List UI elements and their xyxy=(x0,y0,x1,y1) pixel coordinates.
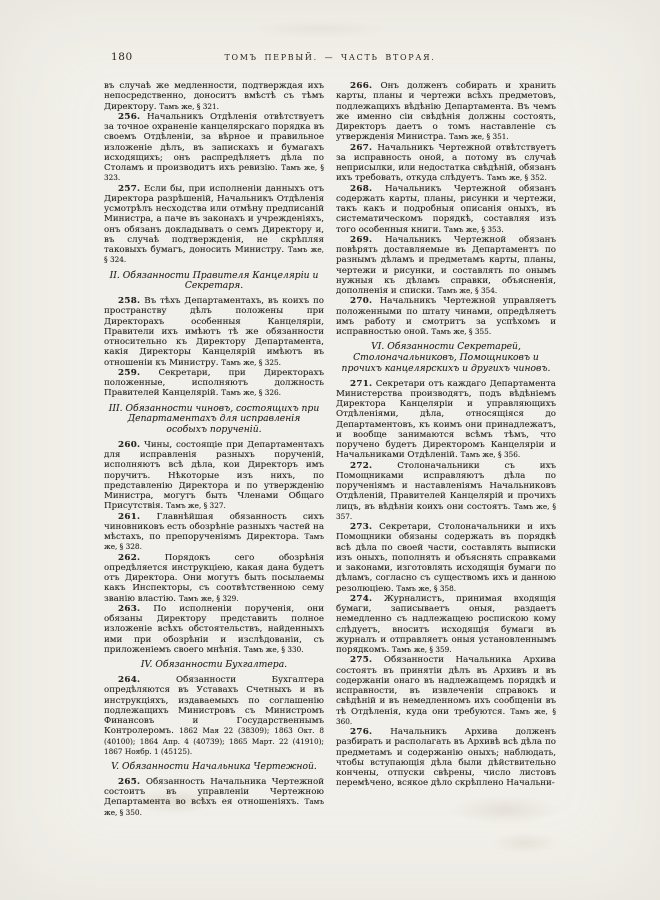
article-paragraph: 271. Секретари отъ каждаго Департамента … xyxy=(336,379,556,461)
section-heading: IV. Обязанности Бухгалтера. xyxy=(106,660,322,671)
source-reference: Тамъ же, § 330. xyxy=(244,645,304,654)
article-paragraph: 276. Начальникъ Архива долженъ разбирать… xyxy=(336,727,556,789)
source-reference: Тамъ же, § 327. xyxy=(166,501,226,510)
article-text: Онъ долженъ собирать и хранить карты, пл… xyxy=(336,81,556,142)
article-number: 258. xyxy=(118,296,140,306)
article-number: 267. xyxy=(350,143,372,153)
article-paragraph: въ случаѣ же медленности, подтверждая их… xyxy=(104,81,324,112)
source-reference: Тамъ же, § 353. xyxy=(444,225,504,234)
article-paragraph: 275. Обязанности Начальника Архива состо… xyxy=(336,655,556,727)
article-paragraph: 267. Начальникъ Чертежной отвѣтствуетъ з… xyxy=(336,143,556,184)
article-number: 265. xyxy=(118,777,140,787)
article-paragraph: 261. Главнѣйшая обязанность сихъ чиновни… xyxy=(104,512,324,553)
article-paragraph: 273. Секретари, Столоначальники и ихъ По… xyxy=(336,522,556,594)
left-column: въ случаѣ же медленности, подтверждая их… xyxy=(104,81,324,818)
article-number: 256. xyxy=(118,112,140,122)
article-paragraph: 259. Секретари, при Директорахъ положенн… xyxy=(104,368,324,399)
article-number: 271. xyxy=(350,379,372,389)
scan-smudge xyxy=(490,832,560,854)
book-page: 180 ТОМЪ ПЕРВЫЙ. — ЧАСТЬ ВТОРАЯ. въ случ… xyxy=(0,0,660,900)
page-number: 180 xyxy=(111,51,133,63)
article-number: 260. xyxy=(118,440,140,450)
source-reference: Тамъ же, § 359. xyxy=(392,645,452,654)
article-paragraph: 256. Начальникъ Отдѣленія отвѣтствуетъ з… xyxy=(104,112,324,184)
article-text: Въ тѣхъ Департаментахъ, въ коихъ по прос… xyxy=(104,296,324,368)
section-heading: III. Обязанности чиновъ, состоящихъ при … xyxy=(106,404,322,436)
article-paragraph: 269. Начальникъ Чертежной обязанъ повѣря… xyxy=(336,235,556,297)
article-paragraph: 274. Журналистъ, принимая входящія бумаг… xyxy=(336,594,556,656)
running-title: ТОМЪ ПЕРВЫЙ. — ЧАСТЬ ВТОРАЯ. xyxy=(104,50,556,62)
article-paragraph: 266. Онъ долженъ собирать и хранить карт… xyxy=(336,81,556,143)
section-heading: II. Обязанности Правителя Канцеляріи и С… xyxy=(106,271,322,293)
page-header: 180 ТОМЪ ПЕРВЫЙ. — ЧАСТЬ ВТОРАЯ. xyxy=(104,50,556,66)
source-reference: Тамъ же, § 326. xyxy=(221,388,281,397)
scan-smudge xyxy=(250,20,390,38)
source-reference: Тамъ же, § 325. xyxy=(221,358,281,367)
article-number: 261. xyxy=(118,512,140,522)
source-reference: Тамъ же, § 352. xyxy=(487,173,547,182)
article-number: 276. xyxy=(350,727,372,737)
source-reference: Тамъ же, § 329. xyxy=(179,594,239,603)
article-number: 259. xyxy=(118,368,140,378)
article-paragraph: 263. По исполненіи порученія, они обязан… xyxy=(104,604,324,655)
article-number: 266. xyxy=(350,81,372,91)
article-number: 273. xyxy=(350,522,372,532)
article-paragraph: 258. Въ тѣхъ Департаментахъ, въ коихъ по… xyxy=(104,296,324,368)
article-number: 262. xyxy=(118,553,140,563)
source-reference: Тамъ же, § 355. xyxy=(431,327,491,336)
article-number: 272. xyxy=(350,461,372,471)
article-paragraph: 272. Столоначальники съ ихъ Помощниками … xyxy=(336,461,556,523)
article-number: 268. xyxy=(350,184,372,194)
text-block: въ случаѣ же медленности, подтверждая их… xyxy=(104,81,556,818)
article-paragraph: 262. Порядокъ сего обозрѣнія опредѣляетс… xyxy=(104,553,324,604)
article-paragraph: 270. Начальникъ Чертежной управляетъ пол… xyxy=(336,296,556,337)
source-reference: Тамъ же, § 358. xyxy=(396,584,456,593)
section-heading: VI. Обязанности Секретарей, Столоначальн… xyxy=(338,342,554,374)
article-paragraph: 268. Начальникъ Чертежной обязанъ содерж… xyxy=(336,184,556,235)
source-reference: Тамъ же, § 356. xyxy=(461,450,521,459)
article-number: 257. xyxy=(118,184,140,194)
article-number: 269. xyxy=(350,235,372,245)
article-number: 263. xyxy=(118,604,140,614)
article-number: 274. xyxy=(350,594,372,604)
article-text: Секретари отъ каждаго Департамента Минис… xyxy=(336,379,556,461)
article-number: 275. xyxy=(350,655,372,665)
source-reference: Тамъ же, § 354. xyxy=(437,286,497,295)
article-paragraph: 264. Обязанности Бухгалтера опредѣляются… xyxy=(104,675,324,757)
article-number: 264. xyxy=(118,675,140,685)
article-text: Начальникъ Архива долженъ разбирать и ра… xyxy=(336,727,556,788)
article-paragraph: 260. Чины, состоящіе при Департаментахъ … xyxy=(104,440,324,512)
section-heading: V. Обязанности Начальника Чертежной. xyxy=(106,762,322,773)
article-paragraph: 265. Обязанность Начальника Чертежной со… xyxy=(104,777,324,818)
article-number: 270. xyxy=(350,296,372,306)
source-reference: Тамъ же, § 351. xyxy=(449,132,509,141)
source-reference: Тамъ же, § 321. xyxy=(159,102,219,111)
article-paragraph: 257. Если бы, при исполненіи данныхъ отъ… xyxy=(104,184,324,266)
right-column: 266. Онъ долженъ собирать и хранить карт… xyxy=(336,81,556,818)
